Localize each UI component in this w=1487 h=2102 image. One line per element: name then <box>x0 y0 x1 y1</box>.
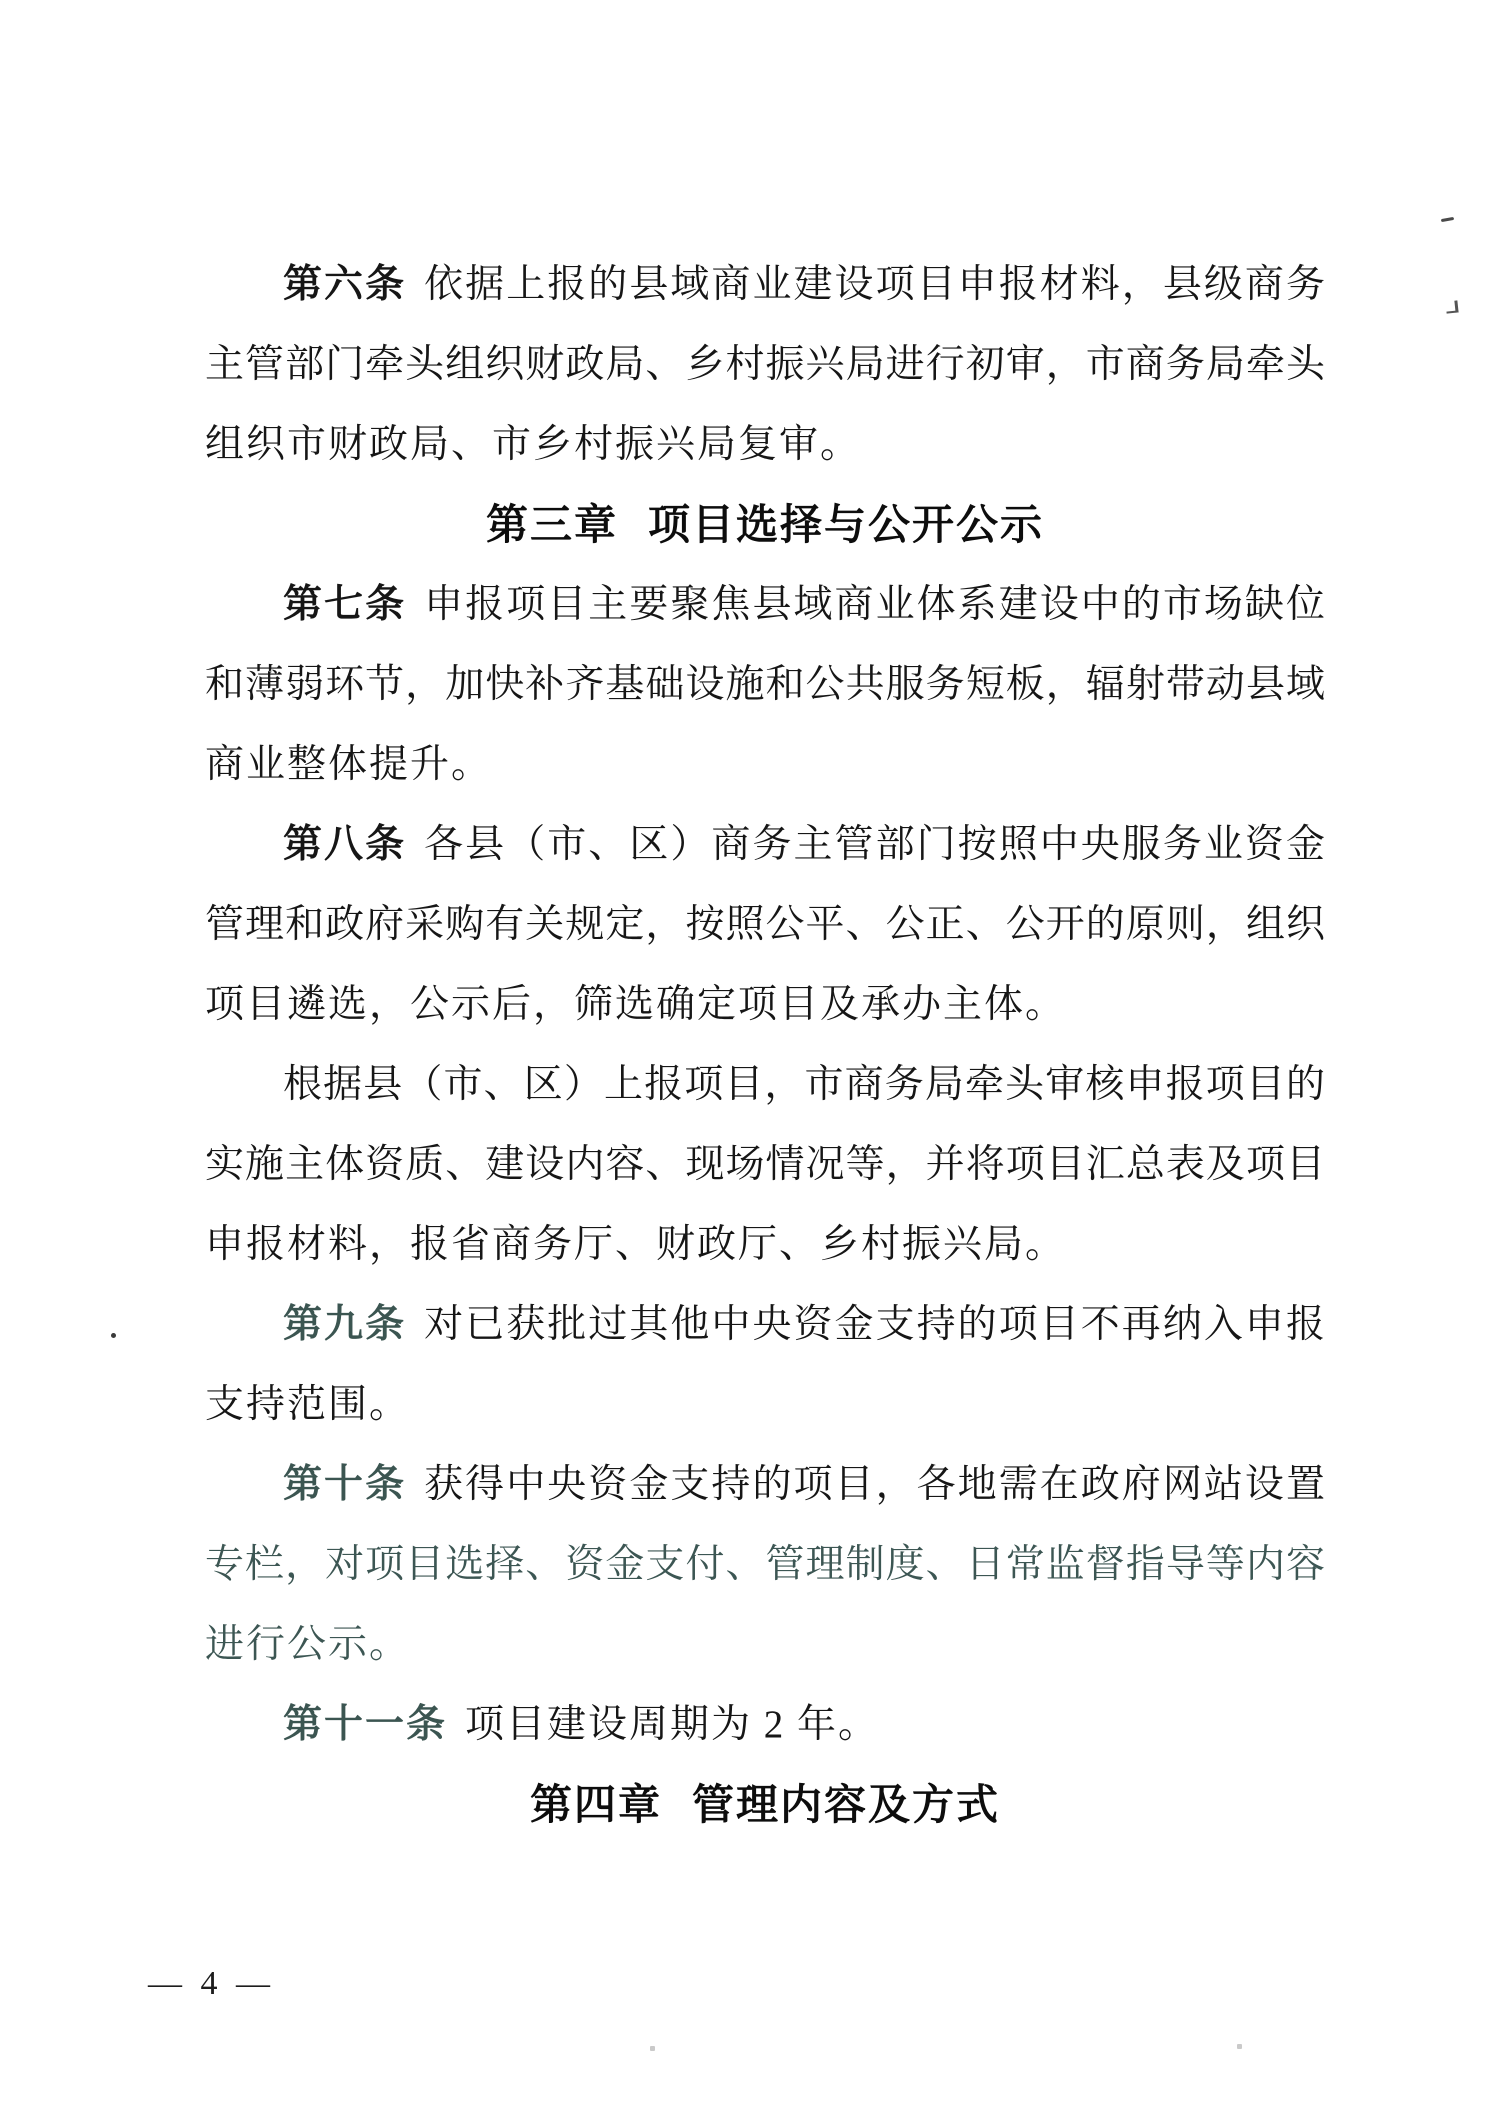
article-number: 第九条 <box>283 1303 406 1346</box>
line-text: 管理和政府采购有关规定，按照公平、公正、公开的原则，组织 <box>205 903 1325 946</box>
doc-line: 和薄弱环节，加快补齐基础设施和公共服务短板，辐射带动县域 <box>205 645 1325 725</box>
doc-line: 第九条对已获批过其他中央资金支持的项目不再纳入申报 <box>205 1285 1325 1365</box>
line-text: 获得中央资金支持的项目，各地需在政府网站设置 <box>424 1463 1325 1506</box>
line-text: 依据上报的县域商业建设项目申报材料，县级商务 <box>424 263 1325 306</box>
line-text: 实施主体资质、建设内容、现场情况等，并将项目汇总表及项目 <box>205 1143 1325 1186</box>
line-text: 项目建设周期为 2 年。 <box>465 1703 879 1746</box>
paper-speck <box>650 2046 655 2051</box>
line-text: 专栏，对项目选择、资金支付、管理制度、日常监督指导等内容 <box>205 1543 1325 1586</box>
line-text: 各县（市、区）商务主管部门按照中央服务业资金 <box>424 823 1325 866</box>
article-number: 第六条 <box>283 263 406 306</box>
article-number: 第十一条 <box>283 1703 447 1746</box>
line-text: 组织市财政局、市乡村振兴局复审。 <box>205 423 861 466</box>
article-number: 第八条 <box>283 823 406 866</box>
chapter-number: 第三章 <box>486 501 618 548</box>
line-text: 商业整体提升。 <box>205 743 492 786</box>
doc-line: 申报材料，报省商务厅、财政厅、乡村振兴局。 <box>205 1205 1325 1285</box>
paper-speck <box>1237 2044 1242 2049</box>
doc-line: 商业整体提升。 <box>205 725 1325 805</box>
chapter-heading: 第四章管理内容及方式 <box>205 1765 1325 1845</box>
doc-line: 专栏，对项目选择、资金支付、管理制度、日常监督指导等内容 <box>205 1525 1325 1605</box>
doc-line: 项目遴选，公示后，筛选确定项目及承办主体。 <box>205 965 1325 1045</box>
line-text: 主管部门牵头组织财政局、乡村振兴局进行初审，市商务局牵头 <box>205 343 1325 386</box>
chapter-title: 管理内容及方式 <box>692 1781 1000 1828</box>
chapter-heading: 第三章项目选择与公开公示 <box>205 485 1325 565</box>
line-text: 根据县（市、区）上报项目，市商务局牵头审核申报项目的 <box>283 1063 1325 1106</box>
line-text: 项目遴选，公示后，筛选确定项目及承办主体。 <box>205 983 1066 1026</box>
doc-line: 主管部门牵头组织财政局、乡村振兴局进行初审，市商务局牵头 <box>205 325 1325 405</box>
line-text: 和薄弱环节，加快补齐基础设施和公共服务短板，辐射带动县域 <box>205 663 1325 706</box>
doc-line: 实施主体资质、建设内容、现场情况等，并将项目汇总表及项目 <box>205 1125 1325 1205</box>
ink-dot <box>111 1333 116 1338</box>
line-text: 申报项目主要聚焦县域商业体系建设中的市场缺位 <box>424 583 1325 626</box>
scan-artifact-dash <box>1441 217 1454 222</box>
doc-line: 组织市财政局、市乡村振兴局复审。 <box>205 405 1325 485</box>
article-number: 第七条 <box>283 583 406 626</box>
line-text: 进行公示。 <box>205 1623 410 1666</box>
doc-line: 第六条依据上报的县域商业建设项目申报材料，县级商务 <box>205 245 1325 325</box>
doc-line: 第十条获得中央资金支持的项目，各地需在政府网站设置 <box>205 1445 1325 1525</box>
line-text: 申报材料，报省商务厅、财政厅、乡村振兴局。 <box>205 1223 1066 1266</box>
line-text: 对已获批过其他中央资金支持的项目不再纳入申报 <box>424 1303 1325 1346</box>
article-number: 第十条 <box>283 1463 406 1506</box>
doc-line: 管理和政府采购有关规定，按照公平、公正、公开的原则，组织 <box>205 885 1325 965</box>
doc-line: 支持范围。 <box>205 1365 1325 1445</box>
doc-line: 根据县（市、区）上报项目，市商务局牵头审核申报项目的 <box>205 1045 1325 1125</box>
scanned-document-page: 第六条依据上报的县域商业建设项目申报材料，县级商务 主管部门牵头组织财政局、乡村… <box>0 0 1487 2102</box>
page-number: — 4 — <box>148 1958 275 2010</box>
line-text: 支持范围。 <box>205 1383 410 1426</box>
doc-line: 第十一条项目建设周期为 2 年。 <box>205 1685 1325 1765</box>
doc-line: 进行公示。 <box>205 1605 1325 1685</box>
doc-line: 第七条申报项目主要聚焦县域商业体系建设中的市场缺位 <box>205 565 1325 645</box>
chapter-title: 项目选择与公开公示 <box>648 501 1044 548</box>
chapter-number: 第四章 <box>530 1781 662 1828</box>
doc-line: 第八条各县（市、区）商务主管部门按照中央服务业资金 <box>205 805 1325 885</box>
scan-artifact-corner <box>1445 300 1458 313</box>
document-body: 第六条依据上报的县域商业建设项目申报材料，县级商务 主管部门牵头组织财政局、乡村… <box>205 245 1325 1845</box>
